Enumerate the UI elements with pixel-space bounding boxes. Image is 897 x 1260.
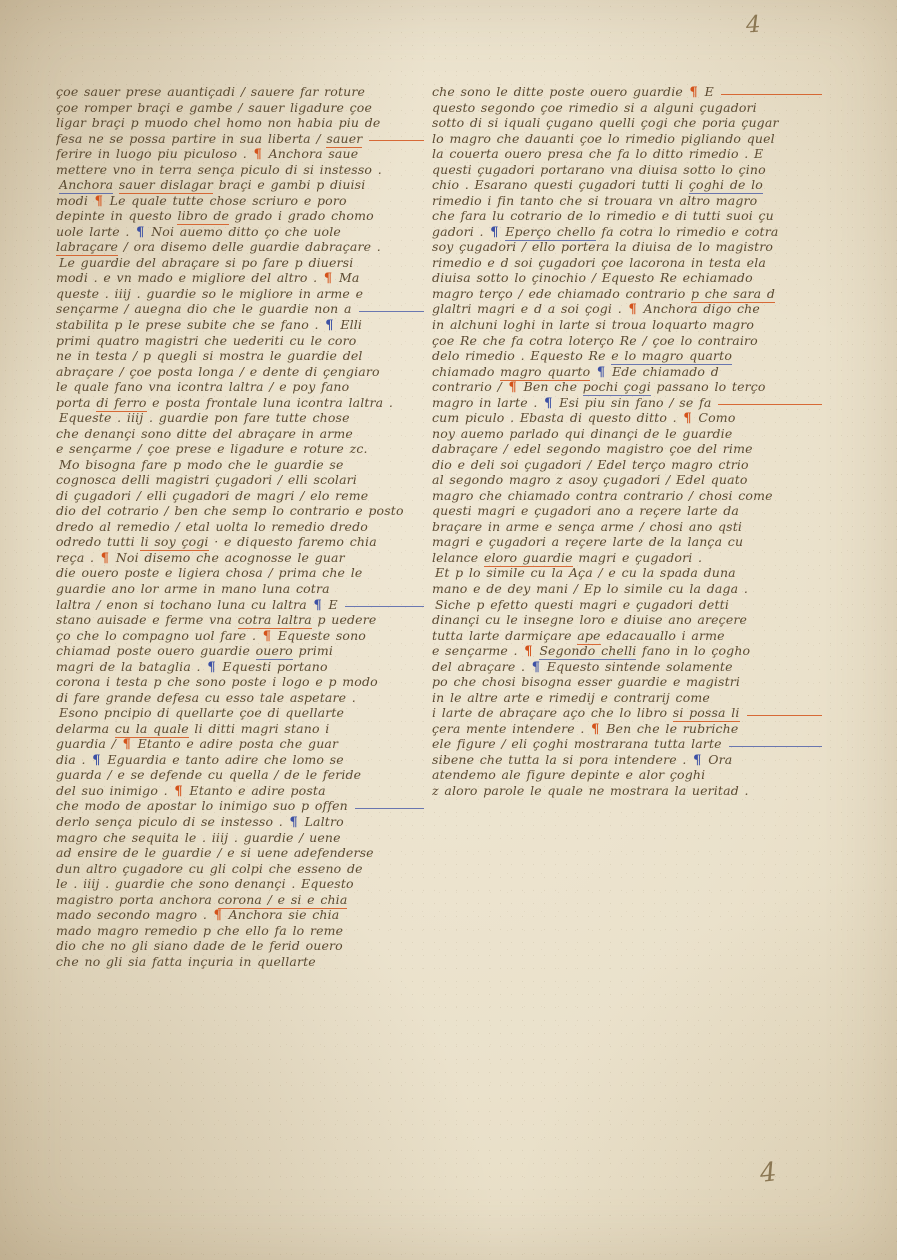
manuscript-line: che no gli sia fatta inçuria in quellart… — [56, 954, 426, 970]
manuscript-line: primi quatro magistri che uederiti cu le… — [56, 333, 426, 349]
manuscript-line: guarda / e se defende cu quella / de le … — [56, 767, 426, 783]
manuscript-line: atendemo ale figure depinte e alor çoghi — [432, 767, 824, 783]
manuscript-line: dio del cotrario / ben che semp lo contr… — [56, 503, 426, 519]
pilcrow-red: ¶ — [523, 644, 533, 659]
manuscript-line: dia . ¶ Eguardia e tanto adire che lomo … — [56, 752, 426, 768]
manuscript-line: e sençarme . ¶ Segondo chelli fano in lo… — [432, 643, 824, 659]
manuscript-line: al segondo magro z asoy çugadori / Edel … — [432, 472, 824, 488]
manuscript-line: la couerta ouero presa che fa lo ditto r… — [432, 146, 824, 162]
rubric-filler-line — [729, 746, 822, 747]
manuscript-line: dinançi cu le insegne loro e diuise ano … — [432, 612, 824, 628]
rubric-filler-line — [345, 606, 424, 607]
folio-number-top: 4 — [745, 12, 761, 39]
rubric-filler-line — [718, 404, 822, 405]
rubric-filler-line — [721, 94, 822, 95]
manuscript-line: mettere vno in terra sença piculo di si … — [56, 162, 426, 178]
manuscript-line: del suo inimigo . ¶ Etanto e adire posta — [56, 783, 426, 799]
manuscript-line: depinte in questo libro de grado i grado… — [56, 208, 426, 224]
manuscript-line: ligar braçi p muodo chel homo non habia … — [56, 115, 426, 131]
manuscript-line: çoe Re che fa cotra loterço Re / çoe lo … — [432, 333, 824, 349]
manuscript-line: che denançi sono ditte del abraçare in a… — [56, 426, 426, 442]
pilcrow-blue: ¶ — [543, 396, 553, 411]
manuscript-line: dun altro çugadore cu gli colpi che esse… — [56, 861, 426, 877]
manuscript-line: magro terço / ede chiamado contrario p c… — [432, 286, 824, 302]
manuscript-line: i larte de abraçare aço che lo libro si … — [432, 705, 824, 721]
manuscript-line: chiamad poste ouero guardie ouero primi — [56, 643, 426, 659]
pilcrow-blue: ¶ — [324, 318, 334, 333]
manuscript-line: questi magri e çugadori ano a reçere lar… — [432, 503, 824, 519]
manuscript-line: lo magro che dauanti çoe lo rimedio pigl… — [432, 131, 824, 147]
manuscript-line: di fare grande defesa cu esso tale aspet… — [56, 690, 426, 706]
manuscript-line: die ouero poste e ligiera chosa / prima … — [56, 565, 426, 581]
manuscript-line: magro in larte . ¶ Esi piu sin fano / se… — [432, 395, 824, 411]
manuscript-line: ¶ Et p lo simile cu la Aça / e cu la spa… — [432, 565, 824, 581]
manuscript-line: magri e çugadori a reçere larte de la la… — [432, 534, 824, 550]
manuscript-line: e sençarme / çoe prese e ligadure e rotu… — [56, 441, 426, 457]
manuscript-line: cognosca delli magistri çugadori / elli … — [56, 472, 426, 488]
pilcrow-red: ¶ — [323, 271, 333, 286]
pilcrow-blue: ¶ — [289, 815, 299, 830]
pilcrow-red: ¶ — [590, 722, 600, 737]
manuscript-line: stano auisade e ferme vna cotra laltra p… — [56, 612, 426, 628]
manuscript-line: che modo de apostar lo inimigo suo p off… — [56, 798, 426, 814]
manuscript-line: magri de la bataglia . ¶ Equesti portano — [56, 659, 426, 675]
pilcrow-blue: ¶ — [135, 225, 145, 240]
manuscript-line: z aloro parole le quale ne mostrara la u… — [432, 783, 824, 799]
manuscript-line: noy auemo parlado qui dinançi de le guar… — [432, 426, 824, 442]
manuscript-line: diuisa sotto lo çinochio / Equesto Re ec… — [432, 270, 824, 286]
manuscript-line: dio che no gli siano dade de le ferid ou… — [56, 938, 426, 954]
manuscript-line: delo rimedio . Equesto Re e lo magro qua… — [432, 348, 824, 364]
manuscript-line: del abraçare . ¶ Equesto sintende solame… — [432, 659, 824, 675]
pilcrow-blue: ¶ — [489, 225, 499, 240]
pilcrow-red: ¶ — [508, 380, 518, 395]
text-column-left: çoe sauer prese auantiçadi / sauere far … — [56, 84, 426, 976]
manuscript-line: laltra / enon si tochano luna cu laltra … — [56, 597, 426, 613]
manuscript-line: guardia / ¶ Etanto e adire posta che gua… — [56, 736, 426, 752]
manuscript-line: mado magro remedio p che ello fa lo reme — [56, 923, 426, 939]
manuscript-line: stabilita p le prese subite che se fano … — [56, 317, 426, 333]
manuscript-line: di çugadori / elli çugadori de magri / e… — [56, 488, 426, 504]
manuscript-line: mado secondo magro . ¶ Anchora sie chia — [56, 907, 426, 923]
manuscript-line: sençarme / auegna dio che le guardie non… — [56, 301, 426, 317]
manuscript-line: gadori . ¶ Eperço chello fa cotra lo rim… — [432, 224, 824, 240]
manuscript-line: uole larte . ¶ Noi auemo ditto ço che uo… — [56, 224, 426, 240]
manuscript-line: rimedio i fin tanto che si trouara vn al… — [432, 193, 824, 209]
pilcrow-red: ¶ — [682, 411, 692, 426]
manuscript-line: çera mente intendere . ¶ Ben che le rubr… — [432, 721, 824, 737]
pilcrow-red: ¶ — [94, 194, 104, 209]
rubric-filler-line — [747, 715, 822, 716]
rubric-filler-line — [355, 808, 424, 809]
manuscript-line: dredo al remedio / etal uolta lo remedio… — [56, 519, 426, 535]
manuscript-line: po che chosi bisogna esser guardie e mag… — [432, 674, 824, 690]
manuscript-line: ferire in luogo piu piculoso . ¶ Anchora… — [56, 146, 426, 162]
manuscript-line: le quale fano vna icontra laltra / e poy… — [56, 379, 426, 395]
pilcrow-red: ¶ — [213, 908, 223, 923]
manuscript-line: dio e deli soi çugadori / Edel terço mag… — [432, 457, 824, 473]
manuscript-line: contrario / ¶ Ben che pochi çogi passano… — [432, 379, 824, 395]
pilcrow-blue: ¶ — [91, 753, 101, 768]
pilcrow-blue: ¶ — [531, 660, 541, 675]
manuscript-line: porta di ferro e posta frontale luna ico… — [56, 395, 426, 411]
manuscript-line: modi . e vn mado e migliore del altro . … — [56, 270, 426, 286]
manuscript-line: abraçare / çoe posta longa / e dente di … — [56, 364, 426, 380]
pilcrow-red: ¶ — [253, 147, 263, 162]
manuscript-line: delarma cu la quale li ditti magri stano… — [56, 721, 426, 737]
folio-number-bottom: 4 — [758, 1157, 778, 1189]
manuscript-line: questi çugadori portarano vna diuisa sot… — [432, 162, 824, 178]
manuscript-line: glaltri magri e d a soi çogi . ¶ Anchora… — [432, 301, 824, 317]
pilcrow-blue: ¶ — [596, 365, 606, 380]
manuscript-line: in le altre arte e rimedij e contrarij c… — [432, 690, 824, 706]
manuscript-line: labraçare / ora disemo delle guardie dab… — [56, 239, 426, 255]
manuscript-line: ¶ Le guardie del abraçare si po fare p d… — [56, 255, 426, 271]
pilcrow-blue: ¶ — [312, 598, 322, 613]
pilcrow-red: ¶ — [173, 784, 183, 799]
manuscript-line: chiamado magro quarto ¶ Ede chiamado d — [432, 364, 824, 380]
rubric-filler-line — [359, 311, 424, 312]
manuscript-line: ad ensire de le guardie / e si uene adef… — [56, 845, 426, 861]
manuscript-line: magro che sequita le . iiij . guardie / … — [56, 830, 426, 846]
manuscript-line: ele figure / eli çoghi mostrarana tutta … — [432, 736, 824, 752]
manuscript-line: che fara lu cotrario de lo rimedio e di … — [432, 208, 824, 224]
manuscript-page: 4 çoe sauer prese auantiçadi / sauere fa… — [0, 0, 897, 1260]
manuscript-line: ¶ Esono pncipio di quellarte çoe di quel… — [56, 705, 426, 721]
manuscript-line: ço che lo compagno uol fare . ¶ Equeste … — [56, 628, 426, 644]
manuscript-line: fesa ne se possa partire in sua liberta … — [56, 131, 426, 147]
manuscript-line: corona i testa p che sono poste i logo e… — [56, 674, 426, 690]
manuscript-line: ne in testa / p quegli si mostra le guar… — [56, 348, 426, 364]
manuscript-line: odredo tutti li soy çogi · e diquesto fa… — [56, 534, 426, 550]
manuscript-line: magro che chiamado contra contrario / ch… — [432, 488, 824, 504]
manuscript-line: magistro porta anchora corona / e si e c… — [56, 892, 426, 908]
pilcrow-blue: ¶ — [206, 660, 216, 675]
pilcrow-red: ¶ — [122, 737, 132, 752]
manuscript-line: sibene che tutta la si pora intendere . … — [432, 752, 824, 768]
manuscript-line: queste . iiij . guardie so le migliore i… — [56, 286, 426, 302]
manuscript-line: çoe romper braçi e gambe / sauer ligadur… — [56, 100, 426, 116]
manuscript-line: lelance eloro guardie magri e çugadori . — [432, 550, 824, 566]
manuscript-line: in alchuni loghi in larte si troua loqua… — [432, 317, 824, 333]
manuscript-line: soy çugadori / ello portera la diuisa de… — [432, 239, 824, 255]
manuscript-line: questo segondo çoe rimedio si a alguni ç… — [432, 100, 824, 116]
manuscript-line: reça . ¶ Noi disemo che acognosse le gua… — [56, 550, 426, 566]
pilcrow-red: ¶ — [689, 85, 699, 100]
manuscript-line: guardie ano lor arme in mano luna cotra — [56, 581, 426, 597]
manuscript-line: sotto di si iquali çugano quelli çogi ch… — [432, 115, 824, 131]
manuscript-line: cum piculo . Ebasta di questo ditto . ¶ … — [432, 410, 824, 426]
pilcrow-red: ¶ — [262, 629, 272, 644]
text-column-right: che sono le ditte poste ouero guardie ¶ … — [432, 84, 824, 976]
manuscript-line: mano e de dey mani / Ep lo simile cu la … — [432, 581, 824, 597]
manuscript-line: ¶ Siche p efetto questi magri e çugadori… — [432, 597, 824, 613]
manuscript-line: derlo sença piculo di se instesso . ¶ La… — [56, 814, 426, 830]
manuscript-line: tutta larte darmiçare ape edacauallo i a… — [432, 628, 824, 644]
manuscript-line: che sono le ditte poste ouero guardie ¶ … — [432, 84, 824, 100]
manuscript-line: le . iiij . guardie che sono denançi . E… — [56, 876, 426, 892]
manuscript-line: ¶ Mo bisogna fare p modo che le guardie … — [56, 457, 426, 473]
manuscript-line: chio . Esarano questi çugadori tutti li … — [432, 177, 824, 193]
rubric-filler-line — [369, 140, 424, 141]
manuscript-line: braçare in arme e sença arme / chosi ano… — [432, 519, 824, 535]
pilcrow-blue: ¶ — [692, 753, 702, 768]
manuscript-line: çoe sauer prese auantiçadi / sauere far … — [56, 84, 426, 100]
manuscript-line: dabraçare / edel segondo magistro çoe de… — [432, 441, 824, 457]
manuscript-line: ¶ Equeste . iiij . guardie pon fare tutt… — [56, 410, 426, 426]
manuscript-line: modi ¶ Le quale tutte chose scriuro e po… — [56, 193, 426, 209]
manuscript-line: rimedio e d soi çugadori çoe lacorona in… — [432, 255, 824, 271]
pilcrow-red: ¶ — [100, 551, 110, 566]
manuscript-line: ¶ Anchora sauer dislagar braçi e gambi p… — [56, 177, 426, 193]
pilcrow-red: ¶ — [627, 302, 637, 317]
